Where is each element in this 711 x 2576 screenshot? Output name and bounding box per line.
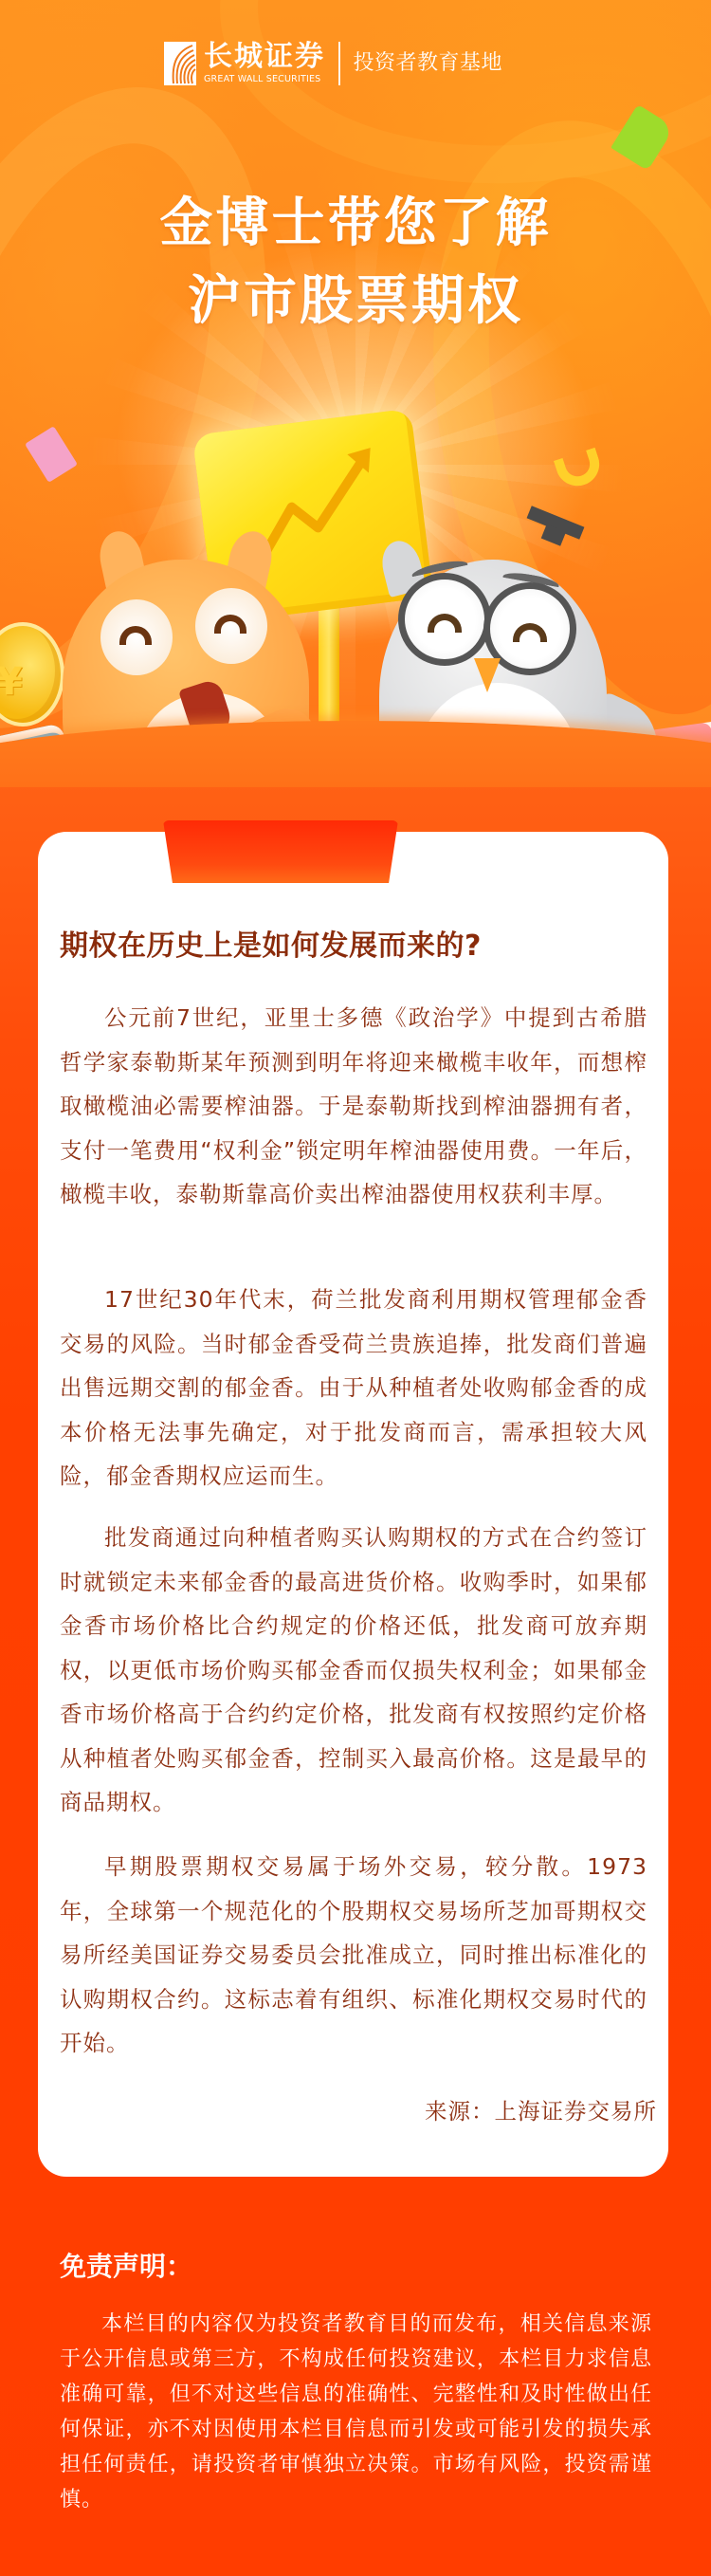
article-source: 来源：上海证券交易所 [425,2092,657,2130]
disclaimer-text: 本栏目的内容仅为投资者教育目的而发布，相关信息来源于公开信息或第三方，不构成任何… [60,2307,652,2517]
disclaimer-title: 免责声明： [60,2248,192,2286]
brand-name-cn: 长城证券 [204,42,325,72]
graduation-cap-icon [527,506,585,539]
brand-divider [338,42,340,85]
article-paragraph: 批发商通过向种植者购买认购期权的方式在合约签订时就锁定未来郁金香的最高进货价格。… [60,1516,647,1825]
brand-name-en: GREAT WALL SECURITIES [204,74,320,85]
article-paragraph: 公元前7世纪，亚里士多德《政治学》中提到古希腊哲学家泰勒斯某年预测到明年将迎来橄… [60,996,647,1217]
brand-name: 长城证券 GREAT WALL SECURITIES [204,42,325,85]
great-wall-logo-icon [164,42,196,85]
gold-yuan-coin-icon: ¥ [0,622,64,727]
card-header-tab [163,820,398,883]
hero-title-line1: 金博士带您了解 [0,190,711,258]
article-paragraph: 17世纪30年代末，荷兰批发商利用期权管理郁金香交易的风险。当时郁金香受荷兰贵族… [60,1278,647,1499]
brand-subtitle: 投资者教育基地 [354,49,503,78]
hero-banner: 长城证券 GREAT WALL SECURITIES 投资者教育基地 金博士带您… [0,0,711,787]
article-heading: 期权在历史上是如何发展而来的? [60,928,482,966]
hero-bottom-curve [0,721,711,787]
hero-title-line2: 沪市股票期权 [0,267,711,336]
brand-header: 长城证券 GREAT WALL SECURITIES 投资者教育基地 [164,40,502,87]
article-paragraph: 早期股票期权交易属于场外交易，较分散。1973年，全球第一个规范化的个股期权交易… [60,1845,647,2066]
page: 长城证券 GREAT WALL SECURITIES 投资者教育基地 金博士带您… [0,0,711,2576]
